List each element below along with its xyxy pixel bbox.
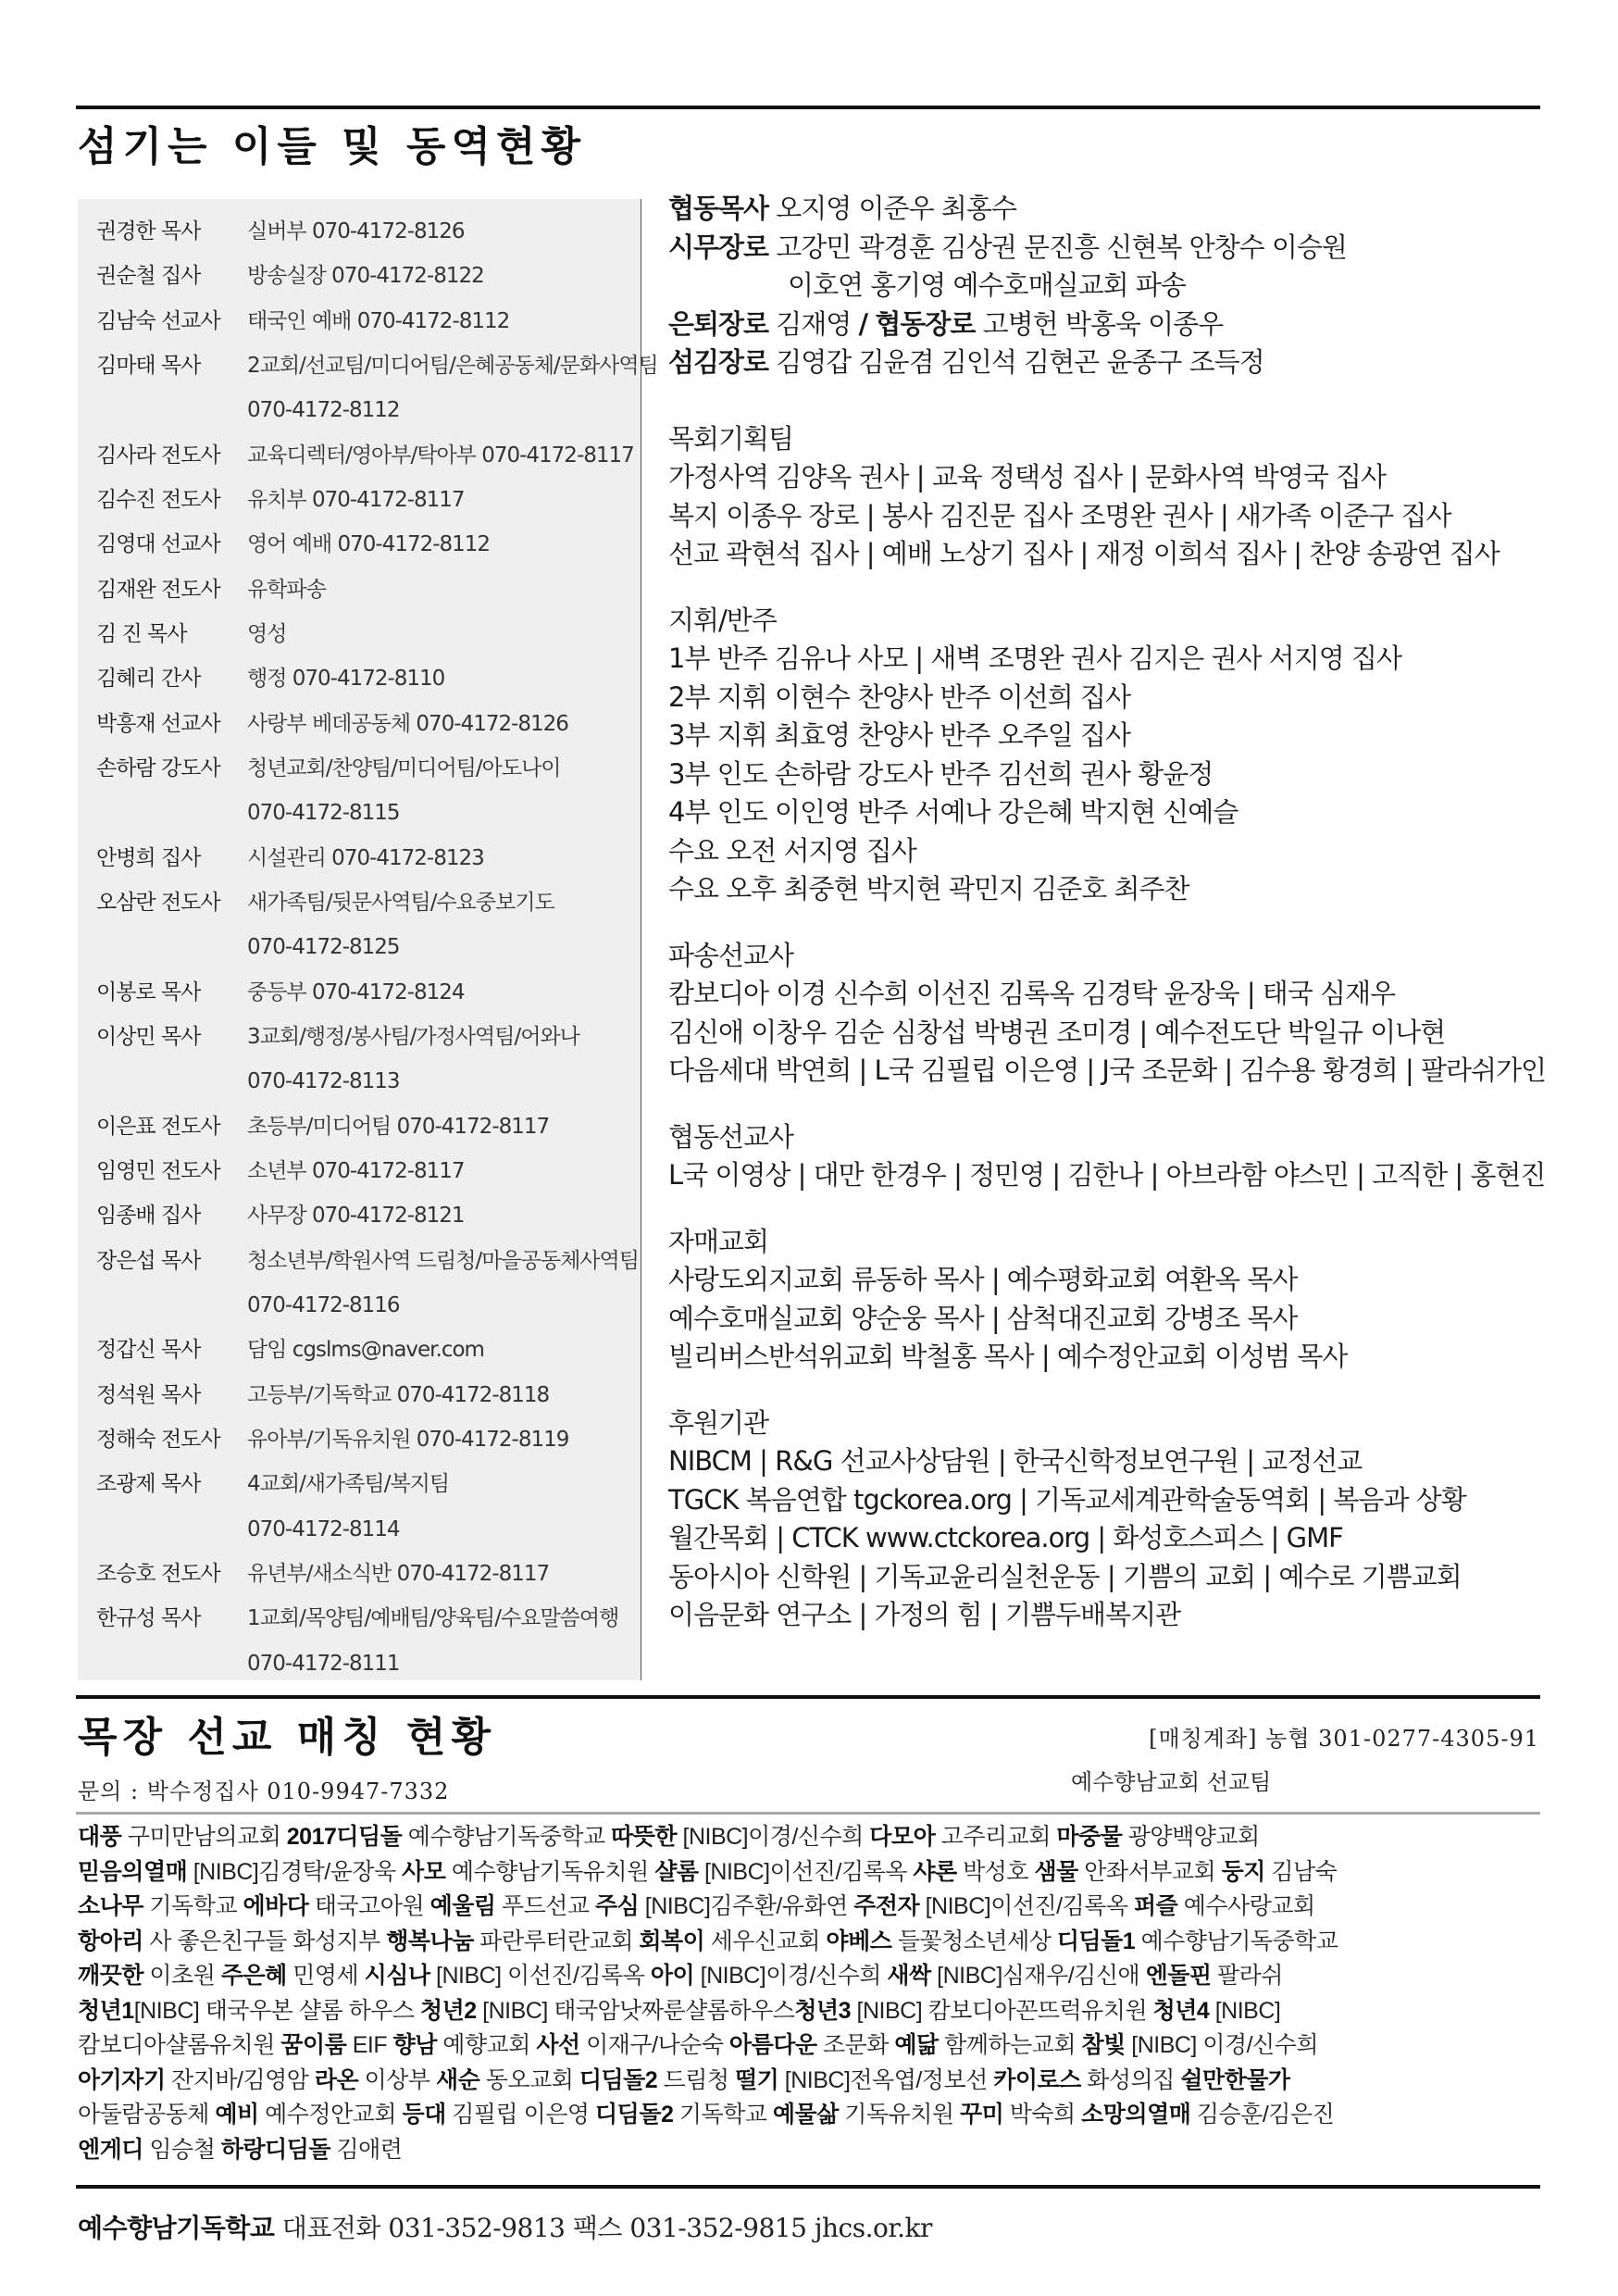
matched-partner: 드림청 — [657, 2067, 735, 2093]
matched-partner: 안좌서부교회 — [1078, 1859, 1222, 1885]
matched-partner: [NIBC]이경/신수희 — [694, 1963, 887, 1989]
matched-partner: 예수향남기독중학교 — [402, 1824, 611, 1850]
cell-group-name: 예울림 — [430, 1893, 496, 1919]
matched-partner: 예수향남기독중학교 — [1135, 1928, 1338, 1954]
cell-group-name: 사모 — [402, 1859, 445, 1885]
staff-role: 청소년부/학원사역 드림청/마을공동체사역팀 — [247, 1249, 639, 1273]
staff-row: 권순철 집사방송실장 070-4172-8122 — [96, 262, 484, 290]
staff-row: 정해숙 전도사유아부/기독유치원 070-4172-8119 — [96, 1426, 568, 1454]
group-line: 2부 지휘 이현수 찬양사 반주 이선희 집사 — [668, 679, 1557, 717]
staff-role: 초등부/미디어팀 070-4172-8117 — [247, 1115, 549, 1139]
cell-group-name: 엔돌핀 — [1146, 1963, 1212, 1989]
staff-row: 임영민 전도사소년부 070-4172-8117 — [96, 1157, 465, 1185]
staff-name: 안병희 집사 — [96, 844, 247, 872]
matched-partner: 민영세 — [287, 1963, 365, 1989]
staff-role: 교육디렉터/영아부/탁아부 070-4172-8117 — [247, 443, 634, 468]
staff-role: 행정 070-4172-8110 — [247, 667, 444, 691]
staff-name: 이은표 전도사 — [96, 1113, 247, 1141]
staff-role: 3교회/행정/봉사팀/가정사역팀/어와나 — [247, 1025, 579, 1049]
matched-partner: 잔지바/김영암 — [166, 2067, 315, 2093]
label: 협동목사 — [668, 193, 768, 224]
matching-line: 아둘람공동체 예비 예수정안교회 등대 김필립 이은영 디딤돌2 기독학교 예물… — [78, 2098, 1550, 2133]
staff-name: 임영민 전도사 — [96, 1157, 247, 1185]
staff-row: 정갑신 목사담임 cgslms@naver.com — [96, 1336, 484, 1364]
matched-partner: 함께하는교회 — [939, 2032, 1082, 2058]
matched-partner: 예수정안교회 — [259, 2102, 403, 2128]
cell-group-name: 새싹 — [887, 1963, 930, 1989]
matching-line: 아기자기 잔지바/김영암 라온 이상부 새순 동오교회 디딤돌2 드림청 떨기 … — [78, 2064, 1550, 2099]
cell-group-name: 꾸미 — [960, 2102, 1003, 2128]
cell-group-name: 둥지 — [1222, 1859, 1265, 1885]
cell-group-name: 청년4 — [1153, 1998, 1210, 2024]
matched-partner: 세우신교회 — [704, 1928, 826, 1954]
cell-group-name: 떨기 — [735, 2067, 778, 2093]
cell-group-name: 쉴만한물가 — [1180, 2067, 1289, 2093]
group-heading-sponsors: 후원기관 — [668, 1404, 1557, 1443]
staff-name: 권경한 목사 — [96, 218, 247, 245]
staff-row: 이봉로 목사중등부 070-4172-8124 — [96, 979, 465, 1006]
matched-partner: 박숙희 — [1003, 2102, 1081, 2128]
staff-name: 박흥재 선교사 — [96, 710, 247, 738]
staff-name: 김남숙 선교사 — [96, 307, 247, 335]
cell-group-name: 샘물 — [1035, 1859, 1078, 1885]
matched-partner: 기독유치원 — [839, 2102, 960, 2128]
cell-group-name: 다모아 — [869, 1824, 935, 1850]
cell-group-name: 청년2 — [420, 1998, 477, 2024]
matched-partner: 파란루터란교회 — [474, 1928, 639, 1954]
staff-role: 사랑부 베데공동체 070-4172-8126 — [247, 712, 568, 736]
staff-role-cont: 070-4172-8125 — [247, 933, 400, 961]
staff-role: 태국인 예배 070-4172-8112 — [247, 309, 509, 333]
matched-partner: 이상부 — [358, 2067, 436, 2093]
staff-role: 담임 cgslms@naver.com — [247, 1338, 484, 1362]
staff-row: 김재완 전도사유학파송 — [96, 576, 326, 604]
matched-partner: 광양백양교회 — [1122, 1824, 1259, 1850]
matching-list: 대풍 구미만남의교회 2017디딤돌 예수향남기독중학교 따뜻한 [NIBC]이… — [78, 1820, 1550, 2167]
group-line: 캄보디아 이경 신수희 이선진 김록옥 김경탁 윤장욱 | 태국 심재우 — [668, 975, 1557, 1014]
cell-group-name: 퍼즐 — [1134, 1893, 1177, 1919]
matched-partner: EIF — [346, 2032, 392, 2058]
staff-row: 조승호 전도사유년부/새소식반 070-4172-8117 — [96, 1560, 549, 1588]
staff-role: 실버부 070-4172-8126 — [247, 219, 465, 243]
matched-partner: [NIBC]김경탁/윤장욱 — [187, 1859, 402, 1885]
cell-group-name: 2017디딤돌 — [287, 1824, 403, 1850]
group-heading-sister-churches: 자매교회 — [668, 1223, 1557, 1262]
cell-group-name: 카이로스 — [993, 2067, 1081, 2093]
matched-partner: 조문화 — [817, 2032, 895, 2058]
staff-role-cont: 070-4172-8112 — [247, 396, 400, 424]
staff-name: 김혜리 간사 — [96, 665, 247, 693]
cell-group-name: 소망의열매 — [1081, 2102, 1190, 2128]
ministry-groups: 목회기획팀가정사역 김양옥 권사 | 교육 정택성 집사 | 문화사역 박영국 … — [668, 420, 1557, 1635]
staff-role: 청년교회/찬양팀/미디어팀/아도나이 — [247, 756, 561, 780]
staff-row: 김영대 선교사영어 예배 070-4172-8112 — [96, 530, 490, 558]
staff-name: 한규성 목사 — [96, 1604, 247, 1632]
staff-role-cont: 070-4172-8115 — [247, 799, 400, 827]
staff-role: 소년부 070-4172-8117 — [247, 1159, 465, 1183]
cell-group-name: 행복나눔 — [386, 1928, 474, 1954]
staff-row: 김마태 목사2교회/선교팀/미디어팀/은혜공동체/문화사역팀 — [96, 352, 658, 380]
serving-elder-line: 섬김장로 김영갑 김윤겸 김인석 김현곤 윤종구 조득정 — [668, 343, 1557, 382]
cell-group-name: 예비 — [215, 2102, 258, 2128]
cell-group-name: 라온 — [315, 2067, 358, 2093]
cell-group-name: 샤론 — [913, 1859, 956, 1885]
staff-row: 권경한 목사실버부 070-4172-8126 — [96, 218, 465, 245]
mid-rule — [76, 1695, 1540, 1699]
matched-partner: 화성의집 — [1081, 2067, 1181, 2093]
matching-line: 소나무 기독학교 에바다 태국고아원 예울림 푸드선교 주심 [NIBC]김주환… — [78, 1890, 1550, 1925]
names: 오지영 이준우 최홍수 — [776, 193, 1016, 224]
staff-role: 시설관리 070-4172-8123 — [247, 846, 484, 870]
ministry-column: 협동목사 오지영 이준우 최홍수 시무장로 고강민 곽경훈 김상권 문진흥 신현… — [668, 190, 1557, 1635]
group-heading-planning: 목회기획팀 — [668, 420, 1557, 459]
matching-line: 청년1[NIBC] 태국우본 샬롬 하우스 청년2 [NIBC] 태국암낫짜룬샬… — [78, 1994, 1550, 2029]
matched-partner: 김필립 이은영 — [446, 2102, 595, 2128]
active-elder-cont: 이호연 홍기영 예수호매실교회 파송 — [668, 267, 1557, 306]
staff-role: 유아부/기독유치원 070-4172-8119 — [247, 1428, 568, 1452]
staff-row: 김혜리 간사행정 070-4172-8110 — [96, 665, 444, 693]
matched-partner: 들꽃청소년세상 — [891, 1928, 1056, 1954]
cell-group-name: 에바다 — [243, 1893, 308, 1919]
matched-partner: 사 좋은친구들 화성지부 — [143, 1928, 386, 1954]
staff-name: 손하람 강도사 — [96, 755, 247, 782]
cell-group-name: 샬롬 — [654, 1859, 698, 1885]
cell-group-name: 믿음의열매 — [78, 1859, 187, 1885]
staff-role: 새가족팀/뒷문사역팀/수요중보기도 — [247, 891, 554, 915]
label: 은퇴장로 — [668, 308, 768, 340]
matching-rule — [76, 1812, 1540, 1815]
staff-row: 김수진 전도사유치부 070-4172-8117 — [96, 486, 465, 514]
cell-group-name: 엔게디 — [78, 2137, 143, 2163]
staff-role: 영어 예배 070-4172-8112 — [247, 532, 490, 556]
staff-name: 김사라 전도사 — [96, 442, 247, 469]
staff-name: 오삼란 전도사 — [96, 889, 247, 917]
staff-name: 권순철 집사 — [96, 262, 247, 290]
group-line: 수요 오후 최중현 박지현 곽민지 김준호 최주찬 — [668, 870, 1557, 909]
staff-role: 영성 — [247, 622, 286, 646]
group-heading-missionaries: 파송선교사 — [668, 937, 1557, 976]
staff-row: 임종배 집사사무장 070-4172-8121 — [96, 1202, 465, 1229]
assoc-pastor-line: 협동목사 오지영 이준우 최홍수 — [668, 190, 1557, 229]
names: 김재영 — [776, 308, 851, 340]
staff-role: 4교회/새가족팀/복지팀 — [247, 1472, 449, 1496]
group-line: 다음세대 박연희 | L국 김필립 이은영 | J국 조문화 | 김수용 황경희… — [668, 1052, 1557, 1091]
staff-name: 김마태 목사 — [96, 352, 247, 380]
group-line: 3부 인도 손하람 강도사 반주 김선희 권사 황윤정 — [668, 755, 1557, 794]
cell-group-name: 마중물 — [1056, 1824, 1122, 1850]
staff-name: 정석원 목사 — [96, 1381, 247, 1409]
matching-line: 항아리 사 좋은친구들 화성지부 행복나눔 파란루터란교회 회복이 세우신교회 … — [78, 1925, 1550, 1960]
staff-role-cont: 070-4172-8111 — [247, 1650, 400, 1678]
staff-row: 장은섭 목사청소년부/학원사역 드림청/마을공동체사역팀 — [96, 1247, 639, 1275]
staff-name: 김재완 전도사 — [96, 576, 247, 604]
group-line: 선교 곽현석 집사 | 예배 노상기 집사 | 재정 이희석 집사 | 찬양 송… — [668, 535, 1557, 574]
cell-group-name: 깨끗한 — [78, 1963, 143, 1989]
staff-name: 이상민 목사 — [96, 1023, 247, 1051]
names: 고병헌 박홍욱 이종우 — [983, 308, 1224, 340]
cell-group-name: 디딤돌2 — [595, 2102, 673, 2128]
staff-role-cont: 070-4172-8113 — [247, 1067, 400, 1095]
cell-group-name: 등대 — [402, 2102, 445, 2128]
group-line: 월간목회 | CTCK www.ctckorea.org | 화성호스피스 | … — [668, 1519, 1557, 1558]
cell-group-name: 디딤돌2 — [579, 2067, 657, 2093]
matching-line: 믿음의열매 [NIBC]김경탁/윤장욱 사모 예수향남기독유치원 샬롬 [NIB… — [78, 1855, 1550, 1890]
matched-partner: 이재구/나순숙 — [580, 2032, 729, 2058]
staff-role: 유년부/새소식반 070-4172-8117 — [247, 1562, 549, 1586]
staff-row: 오삼란 전도사새가족팀/뒷문사역팀/수요중보기도 — [96, 889, 554, 917]
staff-row: 안병희 집사시설관리 070-4172-8123 — [96, 844, 484, 872]
matching-line: 대풍 구미만남의교회 2017디딤돌 예수향남기독중학교 따뜻한 [NIBC]이… — [78, 1820, 1550, 1855]
matched-partner: 임승철 — [143, 2137, 221, 2163]
matched-partner: [NIBC]전옥엽/정보선 — [778, 2067, 993, 2093]
group-line: 수요 오전 서지영 집사 — [668, 832, 1557, 871]
staff-role: 1교회/목양팀/예배팀/양육팀/수요말씀여행 — [247, 1606, 618, 1630]
staff-role-cont: 070-4172-8116 — [247, 1291, 400, 1319]
group-line: L국 이영상 | 대만 한경우 | 정민영 | 김한나 | 아브라함 야스민 |… — [668, 1156, 1557, 1195]
matched-partner: 박성호 — [957, 1859, 1035, 1885]
staff-row: 김 진 목사영성 — [96, 620, 286, 648]
staff-role: 2교회/선교팀/미디어팀/은혜공동체/문화사역팀 — [247, 354, 658, 378]
matched-partner: [NIBC] 이선진/김록옥 — [430, 1963, 651, 1989]
matched-partner: 캄보디아샬롬유치원 — [78, 2032, 280, 2058]
staff-name: 김영대 선교사 — [96, 530, 247, 558]
cell-group-name: 향남 — [393, 2032, 437, 2058]
matched-partner: 팔라쉬 — [1212, 1963, 1283, 1989]
staff-row: 박흥재 선교사사랑부 베데공동체 070-4172-8126 — [96, 710, 568, 738]
staff-name: 김 진 목사 — [96, 620, 247, 648]
section-title-matching: 목장 선교 매칭 현황 — [78, 1703, 496, 1763]
staff-panel: 권경한 목사실버부 070-4172-8126권순철 집사방송실장 070-41… — [78, 199, 641, 1680]
cell-group-name: 아름다운 — [729, 2032, 817, 2058]
matched-partner: 푸드선교 — [496, 1893, 596, 1919]
staff-row: 이은표 전도사초등부/미디어팀 070-4172-8117 — [96, 1113, 549, 1141]
group-heading-coop-missionaries: 협동선교사 — [668, 1118, 1557, 1157]
staff-role: 중등부 070-4172-8124 — [247, 980, 465, 1004]
staff-name: 장은섭 목사 — [96, 1247, 247, 1275]
matching-line: 엔게디 임승철 하랑디딤돌 김애련 — [78, 2133, 1550, 2168]
cell-group-name: 소나무 — [78, 1893, 143, 1919]
matched-partner: [NIBC] 태국우본 샬롬 하우스 — [134, 1998, 420, 2024]
school-name: 예수향남기독학교 — [78, 2213, 274, 2243]
names: 고강민 곽경훈 김상권 문진흥 신현복 안창수 이승원 — [776, 231, 1347, 263]
cell-group-name: 꿈이룸 — [280, 2032, 346, 2058]
footer: 예수향남기독학교 대표전화 031-352-9813 팩스 031-352-98… — [78, 2208, 932, 2245]
staff-name: 임종배 집사 — [96, 1202, 247, 1229]
staff-role: 방송실장 070-4172-8122 — [247, 264, 484, 288]
matched-partner: [NIBC] — [1209, 1998, 1280, 2024]
staff-name: 정갑신 목사 — [96, 1336, 247, 1364]
group-line: TGCK 복음연합 tgckorea.org | 기독교세계관학술동역회 | 복… — [668, 1481, 1557, 1520]
inquiry-contact: 문의 : 박수정집사 010-9947-7332 — [78, 1773, 449, 1805]
staff-row: 손하람 강도사청년교회/찬양팀/미디어팀/아도나이 — [96, 755, 561, 782]
group-line: 3부 지휘 최효영 찬양사 반주 오주일 집사 — [668, 717, 1557, 755]
cell-group-name: 사선 — [536, 2032, 579, 2058]
cell-group-name: 대풍 — [78, 1824, 121, 1850]
cell-group-name: 예물삶 — [773, 2102, 839, 2128]
group-line: 김신애 이창우 김순 심창섭 박병권 조미경 | 예수전도단 박일규 이나현 — [668, 1014, 1557, 1053]
cell-group-name: 회복이 — [639, 1928, 704, 1954]
matched-partner: 예수향남기독유치원 — [445, 1859, 654, 1885]
matched-partner: 기독학교 — [143, 1893, 243, 1919]
matched-partner: [NIBC]이선진/김록옥 — [919, 1893, 1134, 1919]
label: 시무장로 — [668, 231, 768, 263]
top-rule — [76, 106, 1540, 109]
cell-group-name: 아기자기 — [78, 2067, 166, 2093]
cell-group-name: 따뜻한 — [611, 1824, 677, 1850]
group-line: 사랑도외지교회 류동하 목사 | 예수평화교회 여환옥 목사 — [668, 1261, 1557, 1300]
section-title-staff: 섬기는 이들 및 동역현황 — [78, 113, 586, 172]
staff-name: 정해숙 전도사 — [96, 1426, 247, 1454]
cell-group-name: 시심나 — [365, 1963, 430, 1989]
group-line: 빌리버스반석위교회 박철홍 목사 | 예수정안교회 이성범 목사 — [668, 1338, 1557, 1377]
matched-partner: 동오교회 — [479, 2067, 579, 2093]
matching-line: 깨끗한 이초원 주은혜 민영세 시심나 [NIBC] 이선진/김록옥 아이 [N… — [78, 1959, 1550, 1994]
staff-row: 한규성 목사1교회/목양팀/예배팀/양육팀/수요말씀여행 — [96, 1604, 618, 1632]
staff-name: 이봉로 목사 — [96, 979, 247, 1006]
group-line: 예수호매실교회 양순웅 목사 | 삼척대진교회 강병조 목사 — [668, 1300, 1557, 1339]
group-line: 복지 이종우 장로 | 봉사 김진문 집사 조명완 권사 | 새가족 이준구 집… — [668, 497, 1557, 536]
cell-group-name: 주심 — [595, 1893, 639, 1919]
matched-partner: 고주리교회 — [935, 1824, 1056, 1850]
cell-group-name: 청년3 — [794, 1998, 851, 2024]
matched-partner: 기독학교 — [673, 2102, 773, 2128]
mission-team: 예수향남교회 선교팀 — [1071, 1764, 1271, 1796]
staff-row: 조광제 목사4교회/새가족팀/복지팀 — [96, 1470, 449, 1498]
retired-elder-line: 은퇴장로 김재영 / 협동장로 고병헌 박홍욱 이종우 — [668, 306, 1557, 344]
matched-partner: 예수사랑교회 — [1177, 1893, 1314, 1919]
matched-partner: [NIBC]김주환/유화연 — [639, 1893, 853, 1919]
matched-partner: [NIBC] 캄보디아꼰뜨럭유치원 — [851, 1998, 1152, 2024]
footer-rule — [76, 2185, 1540, 2189]
staff-role: 사무장 070-4172-8121 — [247, 1204, 465, 1228]
cell-group-name: 새순 — [436, 2067, 479, 2093]
cell-group-name: 참빛 — [1081, 2032, 1125, 2058]
matched-partner: [NIBC] 이경/신수희 — [1126, 2032, 1318, 2058]
school-contact: 대표전화 031-352-9813 팩스 031-352-9815 jhcs.o… — [274, 2213, 932, 2243]
staff-row: 이상민 목사3교회/행정/봉사팀/가정사역팀/어와나 — [96, 1023, 579, 1051]
matching-account: [매칭계좌] 농협 301-0277-4305-91 — [1149, 1720, 1539, 1753]
label: 협동장로 — [875, 308, 975, 340]
matching-line: 캄보디아샬롬유치원 꿈이룸 EIF 향남 예향교회 사선 이재구/나순숙 아름다… — [78, 2028, 1550, 2064]
matched-partner: 김승훈/김은진 — [1190, 2102, 1334, 2128]
group-line: 이음문화 연구소 | 가정의 힘 | 기쁨두배복지관 — [668, 1596, 1557, 1635]
group-heading-choir: 지휘/반주 — [668, 602, 1557, 641]
cell-group-name: 청년1 — [78, 1998, 134, 2024]
staff-name: 김수진 전도사 — [96, 486, 247, 514]
matched-partner: [NIBC]이경/신수희 — [677, 1824, 869, 1850]
matched-partner: [NIBC]이선진/김록옥 — [699, 1859, 914, 1885]
label: 섬김장로 — [668, 346, 768, 378]
staff-row: 정석원 목사고등부/기독학교 070-4172-8118 — [96, 1381, 549, 1409]
staff-role: 유치부 070-4172-8117 — [247, 488, 465, 512]
names: 김영갑 김윤겸 김인석 김현곤 윤종구 조득정 — [776, 346, 1263, 378]
staff-role-cont: 070-4172-8114 — [247, 1516, 400, 1543]
staff-role: 유학파송 — [247, 578, 326, 602]
staff-role: 고등부/기독학교 070-4172-8118 — [247, 1383, 549, 1407]
cell-group-name: 디딤돌1 — [1057, 1928, 1135, 1954]
cell-group-name: 주은혜 — [221, 1963, 287, 1989]
cell-group-name: 야베스 — [826, 1928, 891, 1954]
matched-partner: 김애련 — [330, 2137, 402, 2163]
group-line: 1부 반주 김유나 사모 | 새벽 조명완 권사 김지은 권사 서지영 집사 — [668, 640, 1557, 679]
staff-row: 김사라 전도사교육디렉터/영아부/탁아부 070-4172-8117 — [96, 442, 634, 469]
matched-partner: 아둘람공동체 — [78, 2102, 215, 2128]
cell-group-name: 예닮 — [894, 2032, 938, 2058]
group-line: NIBCM | R&G 선교사상담원 | 한국신학정보연구원 | 교정선교 — [668, 1442, 1557, 1481]
matched-partner: [NIBC] 태국암낫짜룬샬롬하우스 — [477, 1998, 795, 2024]
cell-group-name: 아이 — [651, 1963, 694, 1989]
matched-partner: 김남숙 — [1265, 1859, 1337, 1885]
group-line: 동아시아 신학원 | 기독교윤리실천운동 | 기쁨의 교회 | 예수로 기쁨교회 — [668, 1558, 1557, 1597]
active-elder-line: 시무장로 고강민 곽경훈 김상권 문진흥 신현복 안창수 이승원 — [668, 229, 1557, 268]
matched-partner: 이초원 — [143, 1963, 221, 1989]
staff-name: 조승호 전도사 — [96, 1560, 247, 1588]
matched-partner: [NIBC]심재우/김신애 — [931, 1963, 1146, 1989]
group-line: 4부 인도 이인영 반주 서예나 강은혜 박지현 신예슬 — [668, 793, 1557, 832]
group-line: 가정사역 김양옥 권사 | 교육 정택성 집사 | 문화사역 박영국 집사 — [668, 458, 1557, 497]
matched-partner: 태국고아원 — [308, 1893, 429, 1919]
cell-group-name: 항아리 — [78, 1928, 143, 1954]
cell-group-name: 주전자 — [853, 1893, 919, 1919]
matched-partner: 구미만남의교회 — [121, 1824, 286, 1850]
matched-partner: 예향교회 — [437, 2032, 537, 2058]
staff-row: 김남숙 선교사태국인 예배 070-4172-8112 — [96, 307, 509, 335]
staff-name: 조광제 목사 — [96, 1470, 247, 1498]
cell-group-name: 하랑디딤돌 — [221, 2137, 330, 2163]
